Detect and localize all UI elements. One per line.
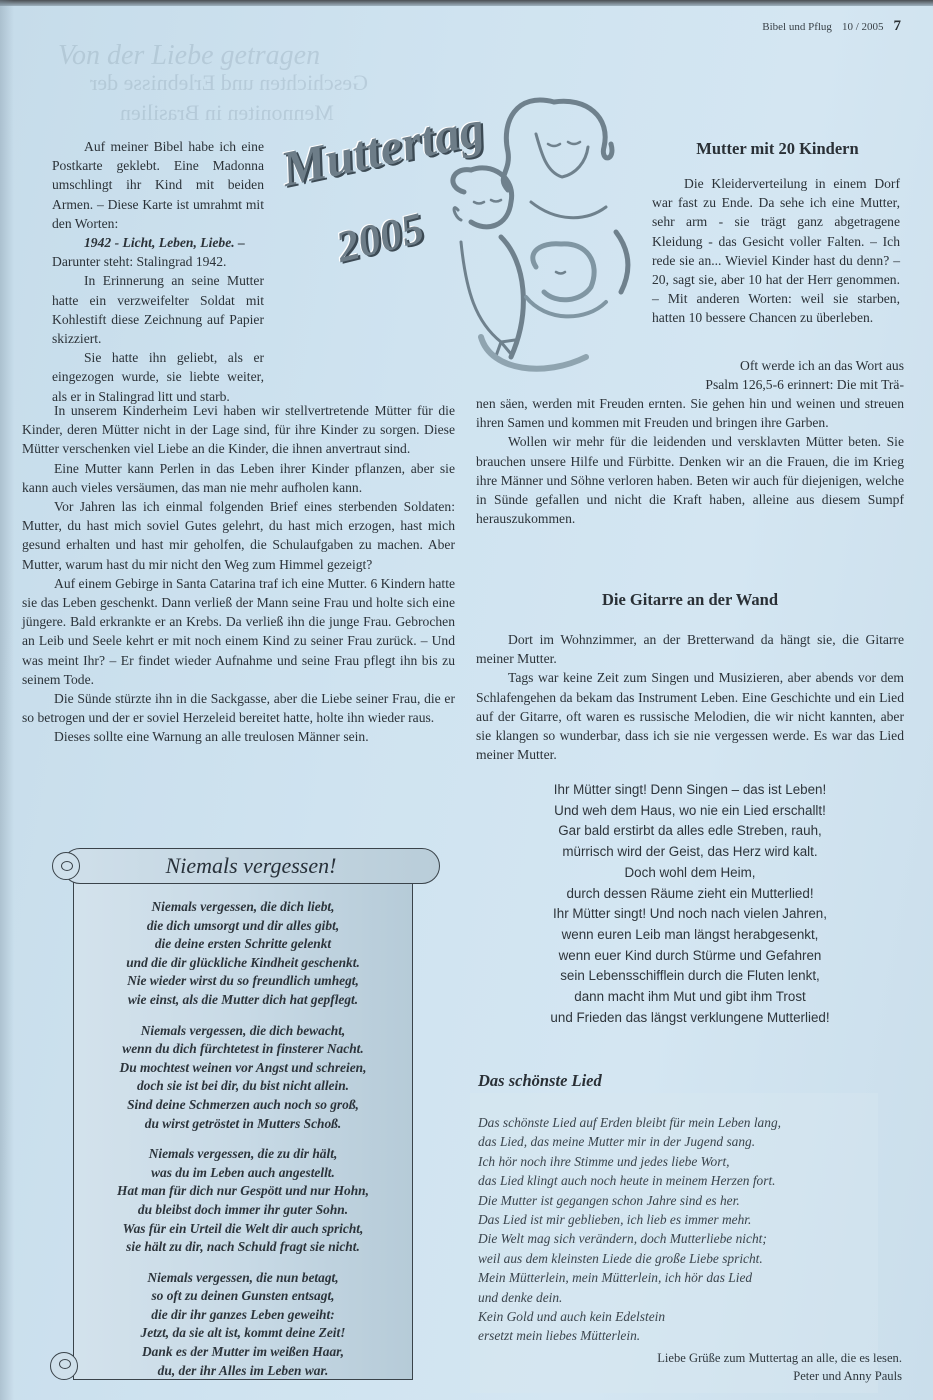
poem-stanza: Niemals vergessen, die dich liebt, die d… — [73, 898, 413, 1010]
page-number: 7 — [894, 18, 902, 35]
mutter-20-body: Die Kleiderverteilung in einem Dorf war … — [652, 174, 900, 328]
mutter-20-body-continued: nen säen, werden mit Freuden ernten. Sie… — [476, 394, 904, 528]
poem-line: das Lied klingt auch noch heute in meine… — [478, 1171, 878, 1190]
poem-line: Nie wieder wirst du so freundlich umhegt… — [73, 972, 413, 991]
mutter-20-paragraph: Wollen wir mehr für die leidenden und ve… — [476, 432, 904, 528]
scroll-title: Niemals vergessen! — [62, 848, 440, 884]
bleed-through-title: Von der Liebe getragen — [58, 40, 320, 72]
poem-line: das Lied, das meine Mutter mir in der Ju… — [478, 1132, 878, 1151]
mother-child-drawing-icon — [286, 92, 646, 382]
signature: Peter und Anny Pauls — [657, 1367, 902, 1385]
section-title-schoenste-lied: Das schönste Lied — [478, 1071, 602, 1091]
intro-paragraph: Sie hatte ihn geliebt, als er eingezogen… — [52, 348, 264, 406]
intro-text: Auf meiner Bibel habe ich eine Postkarte… — [52, 137, 264, 406]
publication-name: Bibel und Pflug — [762, 21, 832, 33]
mutter-20-paragraph: Die Kleiderverteilung in einem Dorf war … — [652, 174, 900, 328]
poem-line: Du mochtest weinen vor Angst und schreie… — [73, 1059, 413, 1078]
poem-line: Die Mutter ist gegangen schon Jahre sind… — [478, 1191, 878, 1210]
poem-line: wenn euer Kind durch Stürme und Gefahren — [476, 946, 904, 967]
poem-line: Hat man für dich nur Gespött und nur Hoh… — [73, 1182, 413, 1201]
poem-line: Das Lied ist mir geblieben, ich lieb es … — [478, 1210, 878, 1229]
body-paragraph: In unserem Kinderheim Levi haben wir ste… — [22, 401, 455, 459]
greeting-text: Liebe Grüße zum Muttertag an alle, die e… — [657, 1349, 902, 1367]
scroll-curl-top-icon — [52, 852, 80, 880]
poem-line: so oft zu deinen Gunsten entsagt, — [73, 1287, 413, 1306]
intro-quote: 1942 - Licht, Leben, Liebe. – — [52, 233, 264, 252]
schoenste-lied-poem: Das schönste Lied auf Erden bleibt für m… — [478, 1113, 878, 1346]
section-title-gitarre: Die Gitarre an der Wand — [476, 590, 904, 610]
poem-line: weil aus dem kleinsten Liede die große L… — [478, 1249, 878, 1268]
section-title-mutter-20: Mutter mit 20 Kindern — [665, 139, 890, 159]
gitarre-paragraph: Dort im Wohnzimmer, an der Bretterwand d… — [476, 630, 904, 668]
poem-line: Doch wohl dem Heim, — [476, 863, 904, 884]
poem-line: sein Lebensschifflein durch die Fluten l… — [476, 966, 904, 987]
poem-line: Ich hör noch ihre Stimme und jedes liebe… — [478, 1152, 878, 1171]
body-paragraph: Vor Jahren las ich einmal folgenden Brie… — [22, 497, 455, 574]
niemals-poem: Niemals vergessen, die dich liebt, die d… — [73, 898, 413, 1392]
poem-line: die deine ersten Schritte gelenkt — [73, 935, 413, 954]
poem-line: mürrisch wird der Geist, das Herz wird k… — [476, 842, 904, 863]
gitarre-body: Dort im Wohnzimmer, an der Bretterwand d… — [476, 630, 904, 764]
mutter-20-line-oft: Oft werde ich an das Wort aus — [700, 356, 904, 375]
body-paragraph: Dieses sollte eine Warnung an alle treul… — [22, 727, 455, 746]
poem-line: Ihr Mütter singt! Und noch nach vielen J… — [476, 904, 904, 925]
intro-paragraph: Auf meiner Bibel habe ich eine Postkarte… — [52, 137, 264, 233]
poem-line: dann macht ihm Mut und gibt ihm Trost — [476, 987, 904, 1008]
poem-line: und denke dein. — [478, 1288, 878, 1307]
muttertag-illustration: Muttertag 2005 — [286, 92, 646, 382]
poem-line: ersetzt mein liebes Mütterlein. — [478, 1326, 878, 1345]
poem-line: sie hält zu dir, nach Schuld fragt sie n… — [73, 1238, 413, 1257]
poem-line: und Frieden das längst verklungene Mutte… — [476, 1008, 904, 1029]
poem-line: Gar bald erstirbt da alles edle Streben,… — [476, 821, 904, 842]
poem-line: Mein Mütterlein, mein Mütterlein, ich hö… — [478, 1268, 878, 1287]
poem-line: Die Welt mag sich verändern, doch Mutter… — [478, 1229, 878, 1248]
poem-line: Ihr Mütter singt! Denn Singen – das ist … — [476, 780, 904, 801]
poem-line: Jetzt, da sie alt ist, kommt deine Zeit! — [73, 1324, 413, 1343]
poem-line: Sind deine Schmerzen auch noch so groß, — [73, 1096, 413, 1115]
poem-line: du wirst getröstet in Mutters Schoß. — [73, 1115, 413, 1134]
poem-line: Dank es der Mutter im weißen Haar, — [73, 1343, 413, 1362]
poem-line: wenn du dich fürchtetest in finsterer Na… — [73, 1040, 413, 1059]
poem-line: Und weh dem Haus, wo nie ein Lied erscha… — [476, 801, 904, 822]
intro-paragraph: Darunter steht: Stalingrad 1942. — [52, 252, 264, 271]
poem-line: Kein Gold und auch kein Edelstein — [478, 1307, 878, 1326]
poem-line: Niemals vergessen, die nun betagt, — [73, 1269, 413, 1288]
body-paragraph: Die Sünde stürzte ihn in die Sackgasse, … — [22, 689, 455, 727]
poem-line: Niemals vergessen, die dich liebt, — [73, 898, 413, 917]
niemals-vergessen-scroll: Niemals vergessen! Niemals vergessen, di… — [48, 848, 440, 1384]
poem-stanza: Niemals vergessen, die nun betagt, so of… — [73, 1269, 413, 1381]
running-header: Bibel und Pflug 10 / 2005 7 — [762, 18, 901, 35]
poem-line: Niemals vergessen, die zu dir hält, — [73, 1145, 413, 1164]
body-paragraph: Eine Mutter kann Perlen in das Leben ihr… — [22, 459, 455, 497]
gitarre-paragraph: Tags war keine Zeit zum Singen und Musiz… — [476, 668, 904, 764]
poem-line: und die dir glückliche Kindheit geschenk… — [73, 954, 413, 973]
poem-line: Was für ein Urteil die Welt dir auch spr… — [73, 1220, 413, 1239]
poem-line: durch dessen Räume zieht ein Mutterlied! — [476, 884, 904, 905]
poem-line: wenn euren Leib man längst herabgesenkt, — [476, 925, 904, 946]
poem-stanza: Niemals vergessen, die zu dir hält, was … — [73, 1145, 413, 1257]
page-top-edge — [0, 0, 933, 6]
poem-line: die dir ihr ganzes Leben geweiht: — [73, 1306, 413, 1325]
page-binding-shadow — [0, 0, 14, 1400]
poem-line: doch sie ist bei dir, du bist nicht alle… — [73, 1077, 413, 1096]
mutter-20-paragraph: nen säen, werden mit Freuden ernten. Sie… — [476, 394, 904, 432]
poem-line: Das schönste Lied auf Erden bleibt für m… — [478, 1113, 878, 1132]
poem-line: was du im Leben auch angestellt. — [73, 1164, 413, 1183]
body-paragraph: Auf einem Gebirge in Santa Catarina traf… — [22, 574, 455, 689]
intro-paragraph: In Erinnerung an seine Mutter hatte ein … — [52, 271, 264, 348]
poem-line: Niemals vergessen, die dich bewacht, — [73, 1022, 413, 1041]
poem-line: du, der ihr Alles im Leben war. — [73, 1362, 413, 1381]
poem-stanza: Niemals vergessen, die dich bewacht, wen… — [73, 1022, 413, 1134]
poem-line: du bleibst doch immer ihr guter Sohn. — [73, 1201, 413, 1220]
poem-line: wie einst, als die Mutter dich hat gepfl… — [73, 991, 413, 1010]
mutter-20-line-psalm: Psalm 126,5-6 erinnert: Die mit Trä- — [660, 375, 904, 394]
gitarre-poem: Ihr Mütter singt! Denn Singen – das ist … — [476, 780, 904, 1028]
closing-greeting: Liebe Grüße zum Muttertag an alle, die e… — [657, 1349, 902, 1385]
left-column-body: In unserem Kinderheim Levi haben wir ste… — [22, 401, 455, 747]
poem-line: die dich umsorgt und dir alles gibt, — [73, 917, 413, 936]
issue-number: 10 / 2005 — [842, 21, 884, 33]
